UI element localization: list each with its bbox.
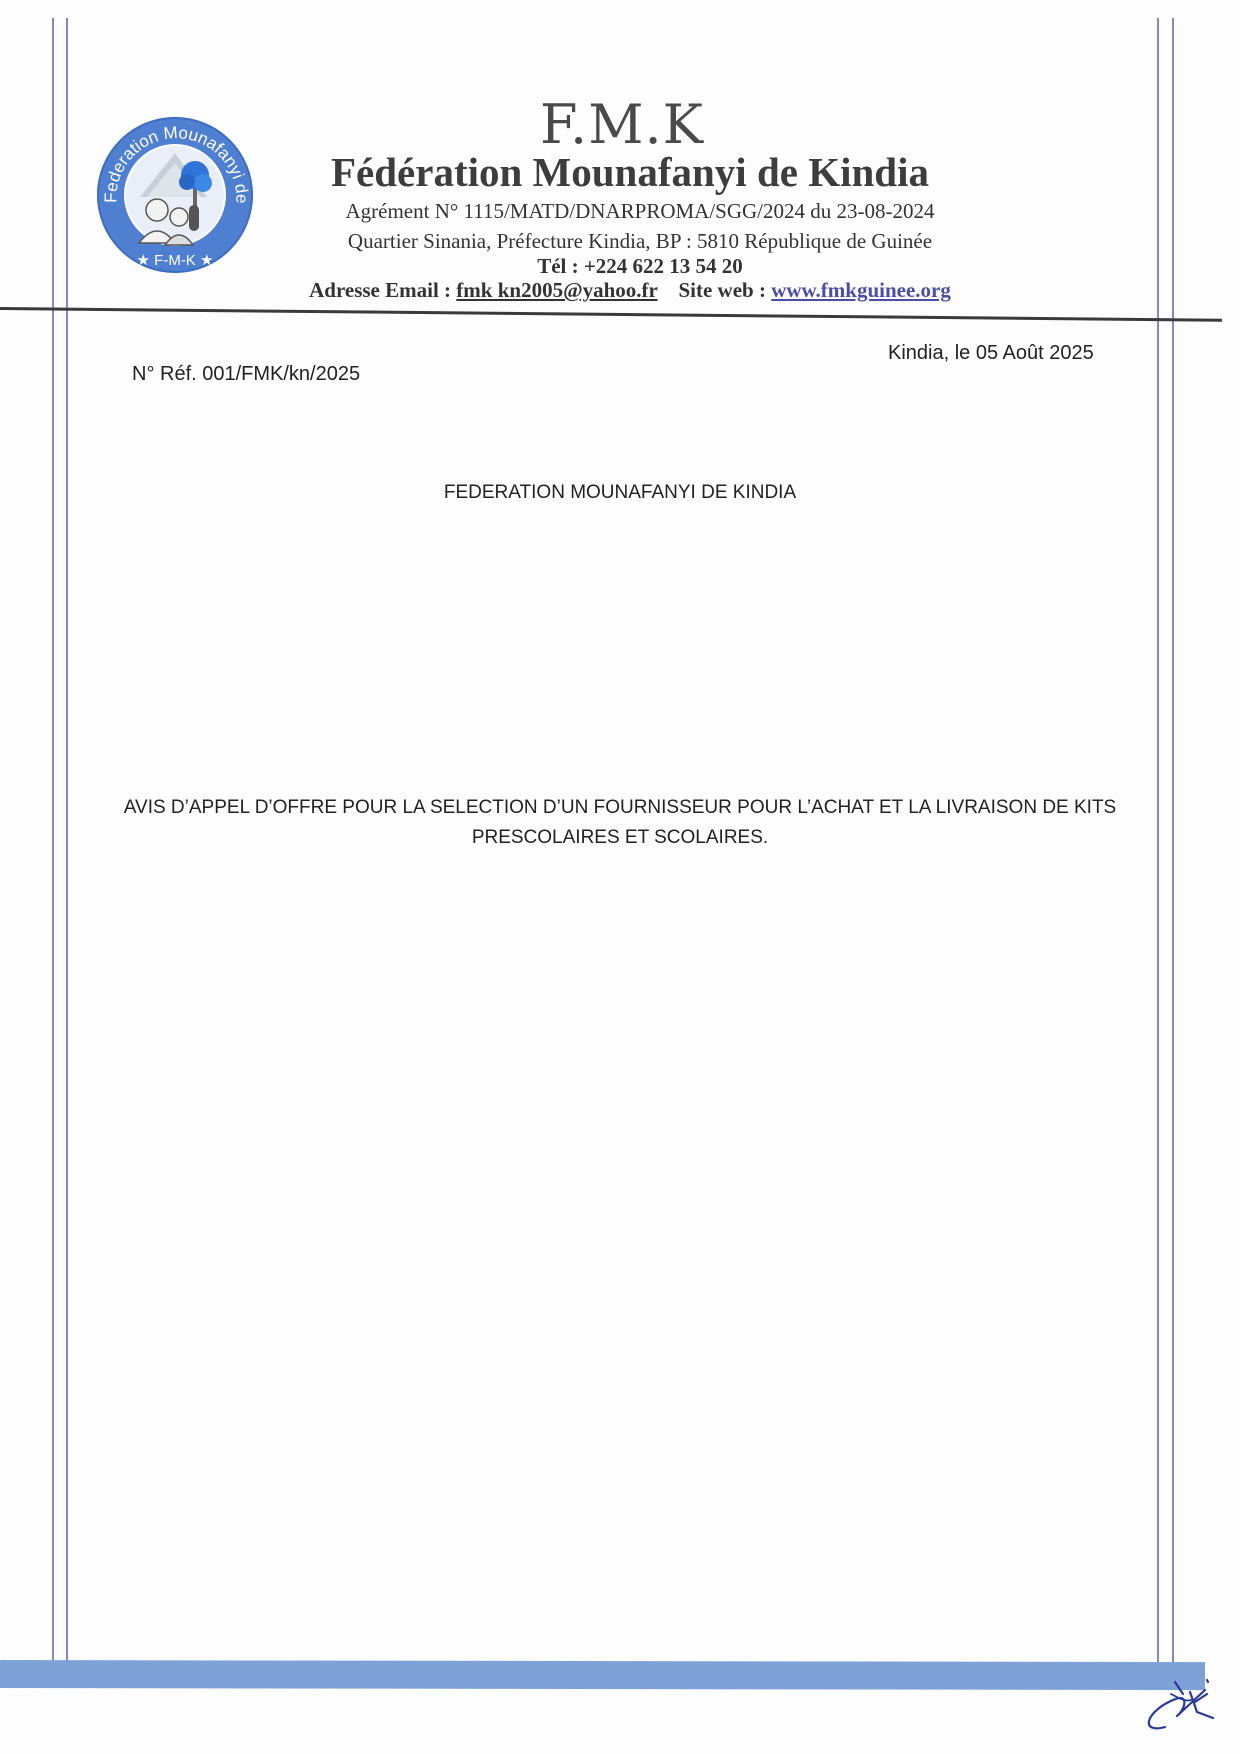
agrement-number: Agrément N° 1115/MATD/DNARPROMA/SGG/2024… xyxy=(290,200,990,223)
organization-acronym: F.M.K xyxy=(2,98,1240,152)
postal-address: Quartier Sinania, Préfecture Kindia, BP … xyxy=(290,230,990,253)
reference-number: N° Réf. 001/FMK/kn/2025 xyxy=(132,363,360,386)
footer-band-stripe xyxy=(0,1670,1205,1671)
website-link[interactable]: www.fmkguinee.org xyxy=(771,278,951,302)
right-border-line-inner xyxy=(1157,18,1159,1670)
svg-text:★ F-M-K ★: ★ F-M-K ★ xyxy=(137,252,214,269)
contact-row: Adresse Email : fmk kn2005@yahoo.fr Site… xyxy=(240,278,1020,303)
organization-heading: FEDERATION MOUNAFANYI DE KINDIA xyxy=(0,482,1240,504)
organization-name: Fédération Mounafanyi de Kindia xyxy=(300,150,960,195)
tender-notice-title-line-1: AVIS D’APPEL D’OFFRE POUR LA SELECTION D… xyxy=(120,793,1120,823)
left-border-line-inner xyxy=(66,18,68,1670)
email-label: Adresse Email : xyxy=(309,278,456,302)
right-border-line-outer xyxy=(1172,18,1174,1670)
site-label: Site web : xyxy=(678,278,771,302)
tender-notice-title: AVIS D’APPEL D’OFFRE POUR LA SELECTION D… xyxy=(120,793,1120,853)
phone-number: Tél : +224 622 13 54 20 xyxy=(290,255,990,278)
footer-band xyxy=(0,1660,1205,1690)
tender-notice-title-line-2: PRESCOLAIRES ET SCOLAIRES. xyxy=(120,823,1120,853)
signature-icon xyxy=(1135,1672,1225,1734)
place-and-date: Kindia, le 05 Août 2025 xyxy=(888,342,1094,365)
email-link[interactable]: fmk kn2005@yahoo.fr xyxy=(456,278,657,302)
header-divider xyxy=(0,307,1222,322)
left-border-line-outer xyxy=(52,18,54,1670)
